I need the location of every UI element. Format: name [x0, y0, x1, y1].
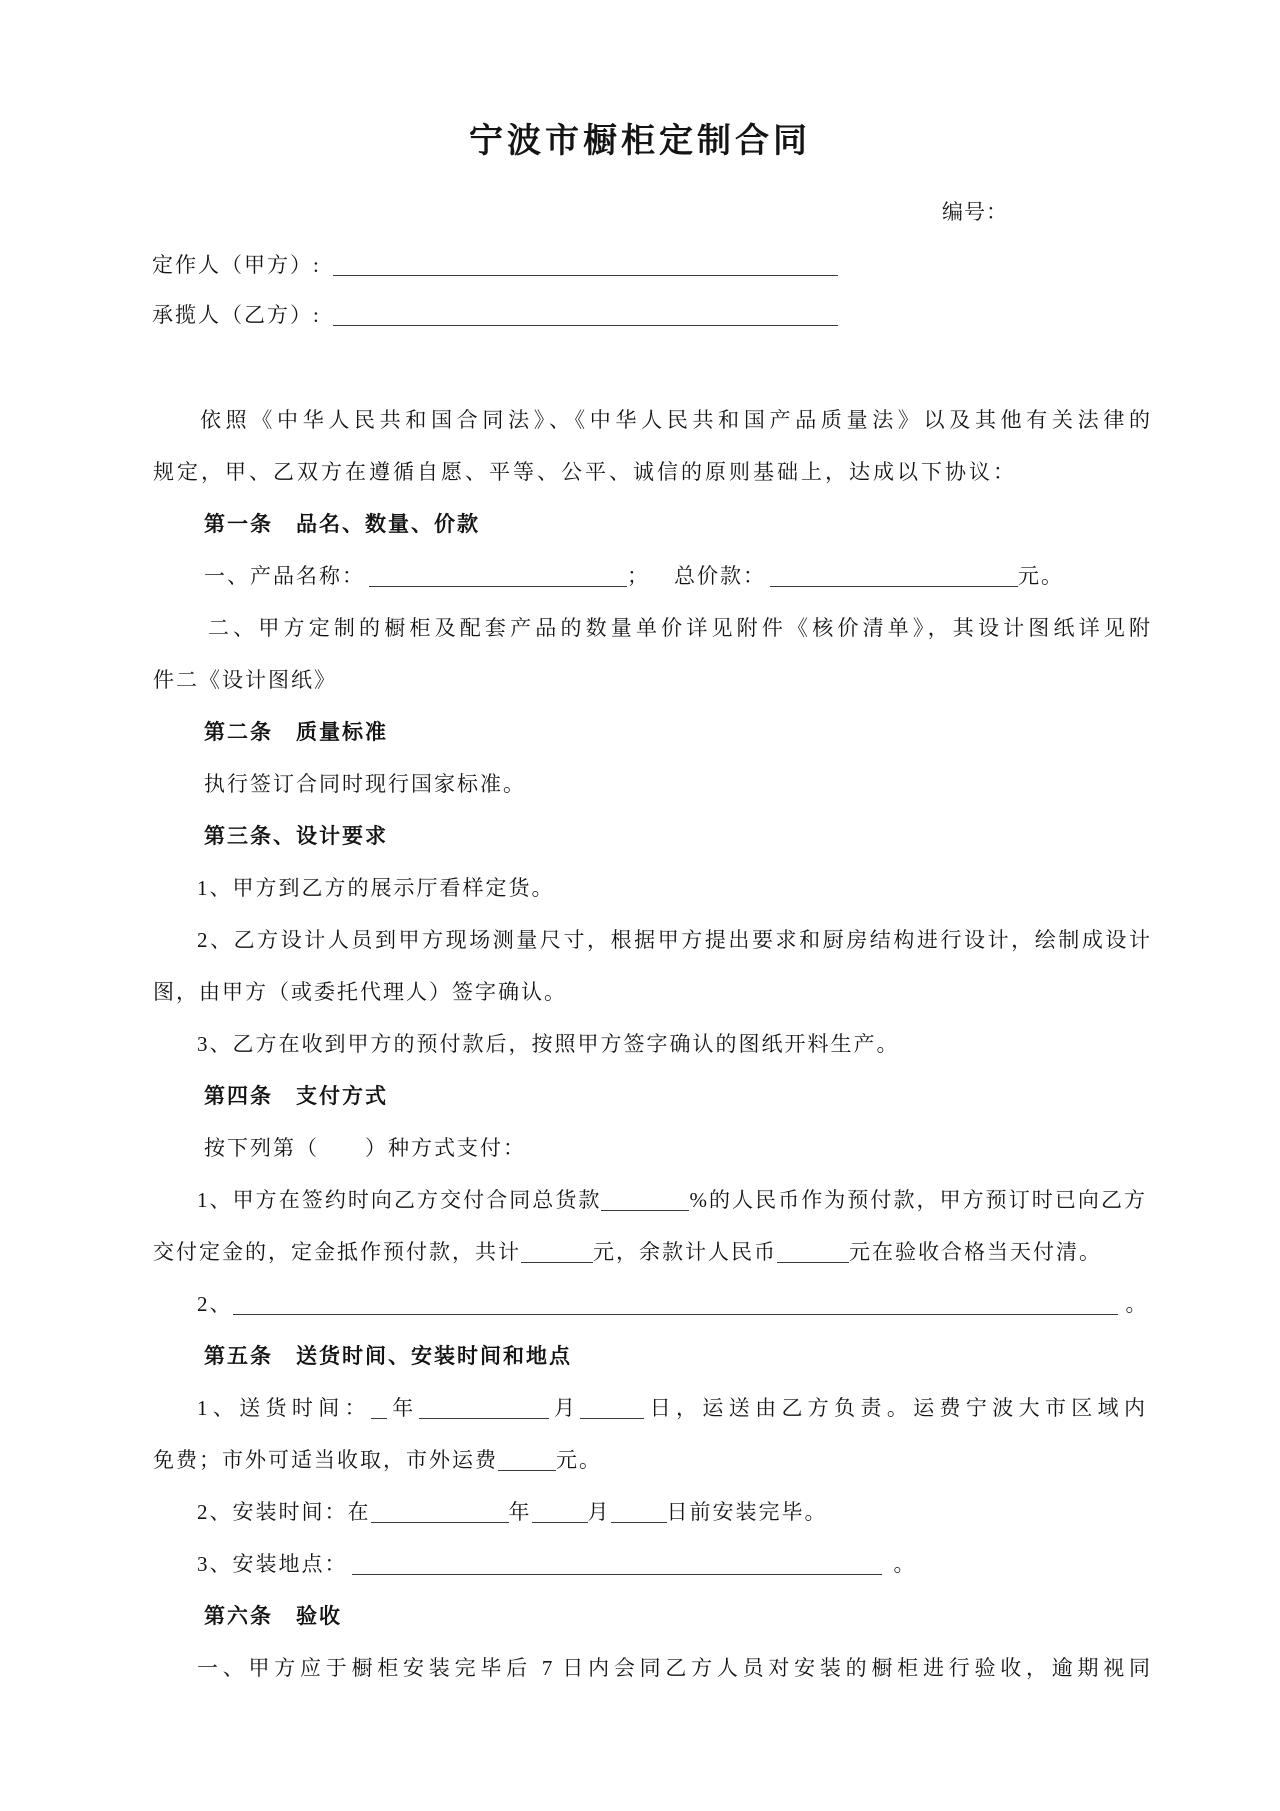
article-3-item-3: 3、乙方在收到甲方的预付款后，按照甲方签字确认的图纸开料生产。 — [197, 1029, 900, 1059]
article-5-item-1-line-1: 1、送货时间：年月日，运送由乙方负责。运费宁波大市区域内 — [197, 1393, 1145, 1423]
party-b-line: 承揽人（乙方）: — [152, 300, 838, 330]
text-run: %的人民币作为预付款，甲方预订时已向乙方 — [689, 1188, 1145, 1212]
preamble-line-1: 依照《中华人民共和国合同法》、《中华人民共和国产品质量法》以及其他有关法律的 — [200, 405, 1150, 435]
text-run: 图，由甲方（或委托代理人）签字确认。 — [153, 980, 567, 1004]
text-run: 第一条 品名、数量、价款 — [204, 512, 480, 536]
article-5-heading: 第五条 送货时间、安装时间和地点 — [204, 1341, 572, 1371]
party-a-line: 定作人（甲方）: — [152, 250, 838, 280]
blank-field — [611, 1498, 667, 1523]
article-2-body: 执行签订合同时现行国家标准。 — [204, 769, 526, 799]
blank-field — [770, 562, 1018, 587]
text-run: 第三条、设计要求 — [204, 824, 388, 848]
article-3-item-1: 1、甲方到乙方的展示厅看样定货。 — [197, 873, 555, 903]
text-run: 年 — [387, 1396, 419, 1420]
article-2-heading: 第二条 质量标准 — [204, 717, 388, 747]
text-run: 依照《中华人民共和国合同法》、《中华人民共和国产品质量法》以及其他有关法律的 — [200, 408, 1150, 432]
party-b-label: 承揽人（乙方）: — [152, 303, 321, 327]
text-run: 规定，甲、乙双方在遵循自愿、平等、公平、诚信的原则基础上，达成以下协议： — [153, 460, 1017, 484]
text-run: 元。 — [1018, 564, 1064, 588]
text-run: 3、乙方在收到甲方的预付款后，按照甲方签字确认的图纸开料生产。 — [197, 1032, 900, 1056]
text-run: 月 — [588, 1500, 611, 1524]
text-run: 件二《设计图纸》 — [153, 668, 337, 692]
text-run: 日前安装完毕。 — [667, 1500, 828, 1524]
article-1-item-2-line-2: 件二《设计图纸》 — [153, 665, 337, 695]
contract-page: 宁波市橱柜定制合同 编号： 定作人（甲方）:承揽人（乙方）:依照《中华人民共和国… — [0, 0, 1280, 1811]
spacer — [882, 1570, 894, 1571]
blank-field — [369, 562, 627, 587]
document-title: 宁波市橱柜定制合同 — [0, 118, 1280, 166]
text-run: 2、 — [197, 1292, 233, 1316]
blank-field — [532, 1498, 588, 1523]
party-a-label: 定作人（甲方）: — [152, 253, 321, 277]
blank-field — [601, 1186, 689, 1211]
text-run: 总价款： — [674, 564, 766, 588]
blank-field — [352, 1550, 882, 1575]
blank-field — [419, 1394, 549, 1419]
text-run: 年 — [509, 1500, 532, 1524]
article-5-item-2: 2、安装时间：在年月日前安装完毕。 — [197, 1497, 828, 1527]
text-run: 一、甲方应于橱柜安装完毕后 7 日内会同乙方人员对安装的橱柜进行验收，逾期视同 — [197, 1656, 1150, 1680]
contract-number-label: 编号： — [942, 197, 1008, 227]
text-run: 二、甲方定制的橱柜及配套产品的数量单价详见附件《核价清单》，其设计图纸详见附 — [208, 616, 1150, 640]
text-run: 第六条 验收 — [204, 1604, 342, 1628]
text-run: 1、甲方到乙方的展示厅看样定货。 — [197, 876, 555, 900]
preamble-line-2: 规定，甲、乙双方在遵循自愿、平等、公平、诚信的原则基础上，达成以下协议： — [153, 457, 1017, 487]
text-run: 一、产品名称： — [204, 564, 365, 588]
spacer — [650, 582, 674, 583]
text-run: 免费；市外可适当收取，市外运费 — [153, 1448, 498, 1472]
text-run: 元。 — [556, 1448, 602, 1472]
text-run: 第二条 质量标准 — [204, 720, 388, 744]
text-run: 。 — [1126, 1292, 1149, 1316]
article-3-item-2-line-1: 2、乙方设计人员到甲方现场测量尺寸，根据甲方提出要求和厨房结构进行设计，绘制成设… — [197, 925, 1150, 955]
blank-field — [521, 1238, 593, 1263]
text-run: 日，运送由乙方负责。运费宁波大市区域内 — [644, 1396, 1145, 1420]
text-run: 2、安装时间：在 — [197, 1500, 371, 1524]
article-3-item-2-line-2: 图，由甲方（或委托代理人）签字确认。 — [153, 977, 567, 1007]
article-4-heading: 第四条 支付方式 — [204, 1081, 388, 1111]
article-4-item-2: 2、。 — [197, 1289, 1149, 1319]
blank-field — [333, 251, 838, 276]
article-4-intro: 按下列第（ ）种方式支付： — [204, 1133, 526, 1163]
article-4-item-1-line-1: 1、甲方在签约时向乙方交付合同总货款%的人民币作为预付款，甲方预订时已向乙方 — [197, 1185, 1145, 1215]
article-4-item-1-line-2: 交付定金的，定金抵作预付款，共计元，余款计人民币元在验收合格当天付清。 — [153, 1237, 1102, 1267]
text-run: 2、乙方设计人员到甲方现场测量尺寸，根据甲方提出要求和厨房结构进行设计，绘制成设… — [197, 928, 1150, 952]
text-run: 第五条 送货时间、安装时间和地点 — [204, 1344, 572, 1368]
blank-field — [333, 301, 838, 326]
text-run: 第四条 支付方式 — [204, 1084, 388, 1108]
text-run: 3、安装地点： — [197, 1552, 348, 1576]
text-run: 月 — [549, 1396, 581, 1420]
text-run: 执行签订合同时现行国家标准。 — [204, 772, 526, 796]
article-3-heading: 第三条、设计要求 — [204, 821, 388, 851]
article-6-item-1: 一、甲方应于橱柜安装完毕后 7 日内会同乙方人员对安装的橱柜进行验收，逾期视同 — [197, 1653, 1150, 1683]
article-6-heading: 第六条 验收 — [204, 1601, 342, 1631]
article-1-heading: 第一条 品名、数量、价款 — [204, 509, 480, 539]
article-5-item-1-line-2: 免费；市外可适当收取，市外运费元。 — [153, 1445, 602, 1475]
blank-field — [371, 1498, 509, 1523]
spacer — [1118, 1310, 1126, 1311]
article-1-item-2-line-1: 二、甲方定制的橱柜及配套产品的数量单价详见附件《核价清单》，其设计图纸详见附 — [208, 613, 1150, 643]
text-run: 1、送货时间： — [197, 1396, 371, 1420]
text-run: 交付定金的，定金抵作预付款，共计 — [153, 1240, 521, 1264]
blank-field — [371, 1394, 387, 1419]
blank-field — [777, 1238, 849, 1263]
text-run: 元，余款计人民币 — [593, 1240, 777, 1264]
text-run: 1、甲方在签约时向乙方交付合同总货款 — [197, 1188, 601, 1212]
text-run: 。 — [894, 1552, 917, 1576]
blank-field — [580, 1394, 644, 1419]
blank-field — [498, 1446, 556, 1471]
text-run: ； — [627, 564, 650, 588]
blank-field — [233, 1290, 1118, 1315]
article-5-item-3: 3、安装地点：。 — [197, 1549, 917, 1579]
text-run: 按下列第（ ）种方式支付： — [204, 1136, 526, 1160]
article-1-item-1: 一、产品名称：；总价款：元。 — [204, 561, 1064, 591]
text-run: 元在验收合格当天付清。 — [849, 1240, 1102, 1264]
